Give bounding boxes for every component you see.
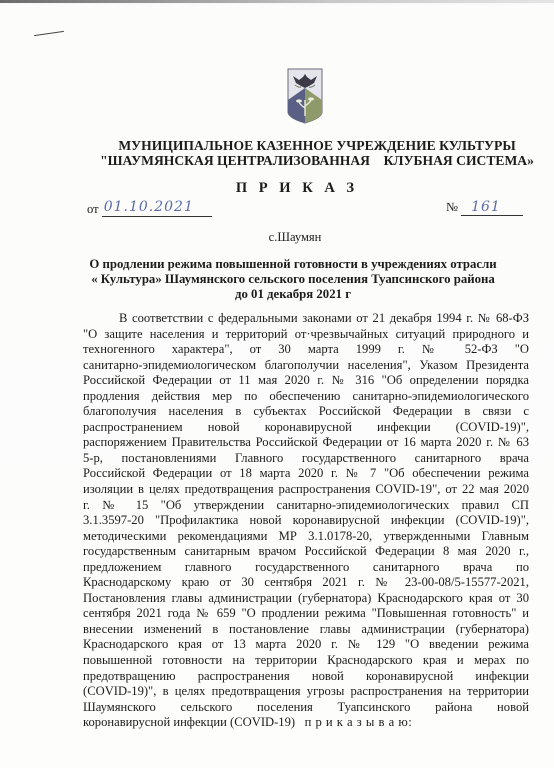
body-line: Шаумянского сельского поселения Туапсинс…: [83, 700, 529, 716]
body-line: Краснодарского края от 13 марта 2020 г. …: [83, 637, 529, 653]
subject-line-1: О продлении режима повышенной готовности…: [0, 257, 554, 272]
document-page: МУНИЦИПАЛЬНОЕ КАЗЕННОЕ УЧРЕЖДЕНИЕ КУЛЬТУ…: [0, 0, 554, 768]
number-value: 161: [471, 199, 501, 215]
body-line: Постановления главы администрации (губер…: [83, 591, 529, 607]
body-last-text: коронавирусной инфекции (COVID-19): [83, 715, 295, 729]
body-line: распространением новой коронавирусной ин…: [83, 420, 529, 436]
date-value: 01.10.2021: [104, 199, 194, 215]
org-name-line-2: "ШАУМЯНСКАЯ ЦЕНТРАЛИЗОВАННАЯ КЛУБНАЯ СИС…: [40, 153, 554, 168]
body-line: предложением главного государственного с…: [83, 560, 529, 576]
body-line: Российской Федерации от 11 мая 2020 г. №…: [83, 373, 529, 389]
body-line: Российской Федерации от 18 марта 2020 г.…: [83, 466, 529, 482]
scan-edge-shadow: [0, 0, 554, 3]
body-line: сентября 2021 года № 659 "О продлении ре…: [83, 606, 529, 622]
body-line: "О защите населения и территорий от·чрез…: [83, 327, 529, 343]
body-line: В соответствии с федеральными законами о…: [83, 311, 529, 327]
order-number-field: № 161: [446, 200, 523, 216]
document-type-title: П Р И К А З: [0, 180, 554, 197]
date-underline: 01.10.2021: [102, 200, 212, 217]
body-paragraph: В соответствии с федеральными законами о…: [83, 311, 529, 731]
order-word: п р и к а з ы в а ю:: [305, 715, 413, 729]
date-field: от 01.10.2021: [87, 200, 212, 217]
body-line: 3.1.3597-20 "Профилактика новой коронави…: [83, 513, 529, 529]
date-label: от: [87, 202, 99, 216]
number-label: №: [446, 200, 458, 214]
body-line-final: коронавирусной инфекции (COVID-19) п р и…: [83, 715, 529, 731]
pen-mark: [34, 31, 64, 36]
body-line: методическими рекомендациями МР 3.1.0178…: [83, 529, 529, 545]
body-line: повышенной готовности на территории Крас…: [83, 653, 529, 669]
subject-line-3: до 01 декабря 2021 г: [0, 287, 554, 302]
number-underline: 161: [461, 200, 523, 216]
body-line: предотвращению распространения новой кор…: [83, 669, 529, 685]
body-line: распоряжением Правительства Российской Ф…: [83, 435, 529, 451]
body-line: государственным санитарным врачом Россий…: [83, 544, 529, 560]
body-line: техногенного характера", от 30 марта 199…: [83, 342, 529, 358]
body-line: внесении изменений в постановление главы…: [83, 622, 529, 638]
org-name-line-1: МУНИЦИПАЛЬНОЕ КАЗЕННОЕ УЧРЕЖДЕНИЕ КУЛЬТУ…: [40, 138, 554, 153]
coat-of-arms-icon: [287, 68, 323, 124]
body-line: (COVID-19)", в целях предотвращения угро…: [83, 684, 529, 700]
body-line: благополучия населения в субъектах Росси…: [83, 404, 529, 420]
body-line: г. № 15 "Об утверждении санитарно-эпидем…: [83, 498, 529, 514]
subject-line-2: « Культура» Шаумянского сельского поселе…: [0, 272, 554, 287]
body-line: изоляции в целях предотвращения распрост…: [83, 482, 529, 498]
body-line: Краснодарскому краю от 30 сентября 2021 …: [83, 575, 529, 591]
body-line: 5-р, постановлениями Главного государств…: [83, 451, 529, 467]
place-of-issue: с.Шаумян: [0, 230, 554, 245]
body-line: продления действия мер по обеспечению са…: [83, 389, 529, 405]
body-line: санитарно-эпидемиологическом благополучи…: [83, 358, 529, 374]
